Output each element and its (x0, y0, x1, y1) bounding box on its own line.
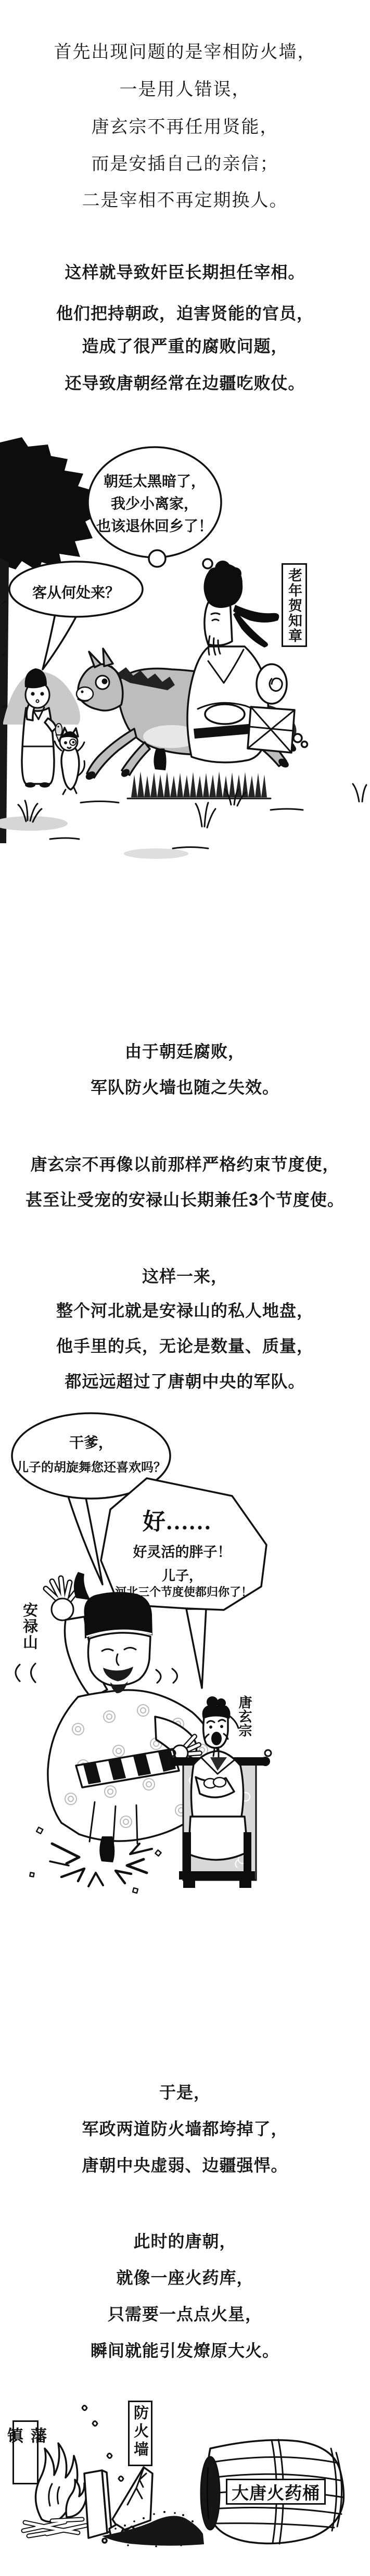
narration-line: 都远远超过了唐朝中央的军队。 (0, 1368, 370, 1392)
emperor-open-mouth (212, 1732, 221, 1745)
firewall-label-box: 防火墙 (128, 2401, 152, 2466)
narration-line: 这样就导致奸臣长期担任宰相。 (0, 259, 370, 283)
anlushan-label: 安禄山 (19, 1602, 40, 1651)
narration-line: 造成了很严重的腐败问题， (0, 333, 370, 357)
emperor-bubble-line: 好…… (99, 1503, 255, 1536)
emperor-robe-drape (188, 1817, 248, 1860)
firewood-sticks (23, 2519, 86, 2536)
rider-label-box: 老年贺知章 (282, 563, 307, 647)
narration-line: 唐玄宗不再像以前那样严格约束节度使， (0, 1151, 370, 1175)
narration-line: 瞬间就能引发燎原大火。 (0, 2338, 370, 2362)
narration-line: 此时的唐朝， (0, 2228, 370, 2252)
rider-boot (154, 748, 166, 770)
narration-line: 一是用人错误， (0, 75, 370, 100)
horse-ear (89, 652, 101, 667)
narration-line: 军政两道防火墙都垮掉了， (0, 2116, 370, 2140)
narration-line: 只需要一点点火星， (0, 2301, 370, 2325)
narration-line: 唐朝中央虚弱、边疆强悍。 (0, 2152, 370, 2176)
narration-line: 唐玄宗不再任用贤能， (0, 112, 370, 138)
emperor-bubble-line: 儿子， (104, 1565, 260, 1584)
anlushan-hand (52, 1598, 73, 1620)
narration-line: 于是， (0, 2079, 370, 2103)
panel-anlushan-illustration (0, 1405, 370, 1900)
barrel-mouth (201, 2457, 220, 2530)
thought-bubble-line: 朝廷太黑暗了， (90, 470, 220, 491)
horse-ear (103, 649, 113, 666)
thought-bubble-shape (88, 447, 221, 581)
tree-icon (0, 437, 100, 572)
emperor-label: 唐玄宗 (235, 1695, 254, 1737)
narration-line: 而是安插自己的亲信； (0, 149, 370, 175)
narration-line: 整个河北就是安禄山的私人地盘， (0, 1298, 370, 1322)
anlushan-bubble-line: 儿子的胡旋舞您还喜欢吗？ (13, 1457, 169, 1475)
emperor-bubble-line: 河北三个节度使都归你了！ (106, 1583, 262, 1600)
narration-line: 还导致唐朝经常在边疆吃败仗。 (0, 370, 370, 394)
narration-line: 甚至让受宠的安禄山长期兼任3个节度使。 (0, 1187, 370, 1211)
barrel-label: 大唐火药桶 (232, 2480, 320, 2504)
emperor-bubble-line: 好灵活的胖子！ (104, 1541, 260, 1561)
firewall-label: 防火墙 (130, 2405, 151, 2459)
narration-line: 由于朝廷腐败， (0, 1038, 370, 1062)
narration-line: 军队防火墙也随之失效。 (0, 1074, 370, 1098)
tree-trunk (0, 558, 9, 843)
anlushan-feather (74, 1572, 91, 1600)
cat-body (61, 746, 79, 790)
child-hat (25, 668, 47, 688)
narration-line: 这样一来， (0, 1263, 370, 1287)
fanzhen-label: 藩镇 (2, 2427, 49, 2483)
ground-details (0, 784, 366, 859)
narration-line: 他手里的兵，无论是数量、质量， (0, 1333, 370, 1357)
anlushan-bubble-line: 干爹， (13, 1431, 169, 1452)
rider-label: 老年贺知章 (284, 568, 304, 643)
narration-line: 就像一座火药库， (0, 2265, 370, 2289)
narration-line: 二是宰相不再定期换人。 (0, 186, 370, 211)
thought-bubble-line: 我少小离家， (90, 492, 220, 513)
thought-bubble-line: 也该退休回乡了！ (90, 515, 220, 536)
horse-muzzle (76, 687, 93, 701)
fanzhen-label-box: 藩镇 (12, 2420, 39, 2484)
comic-page: 首先出现问题的是宰相防火墙， 一是用人错误， 唐玄宗不再任用贤能， 而是安插自己… (0, 0, 370, 2576)
narration-line: 他们把持朝政，迫害贤能的官员， (0, 300, 370, 324)
anlushan-boot (99, 1836, 114, 1862)
speech-bubble-shape (9, 562, 143, 669)
narration-line: 首先出现问题的是宰相防火墙， (0, 37, 370, 63)
barrel-label-box: 大唐火药桶 (226, 2479, 326, 2505)
spiky-grass (131, 771, 267, 797)
speech-bubble-text: 客从何处来？ (10, 581, 142, 602)
